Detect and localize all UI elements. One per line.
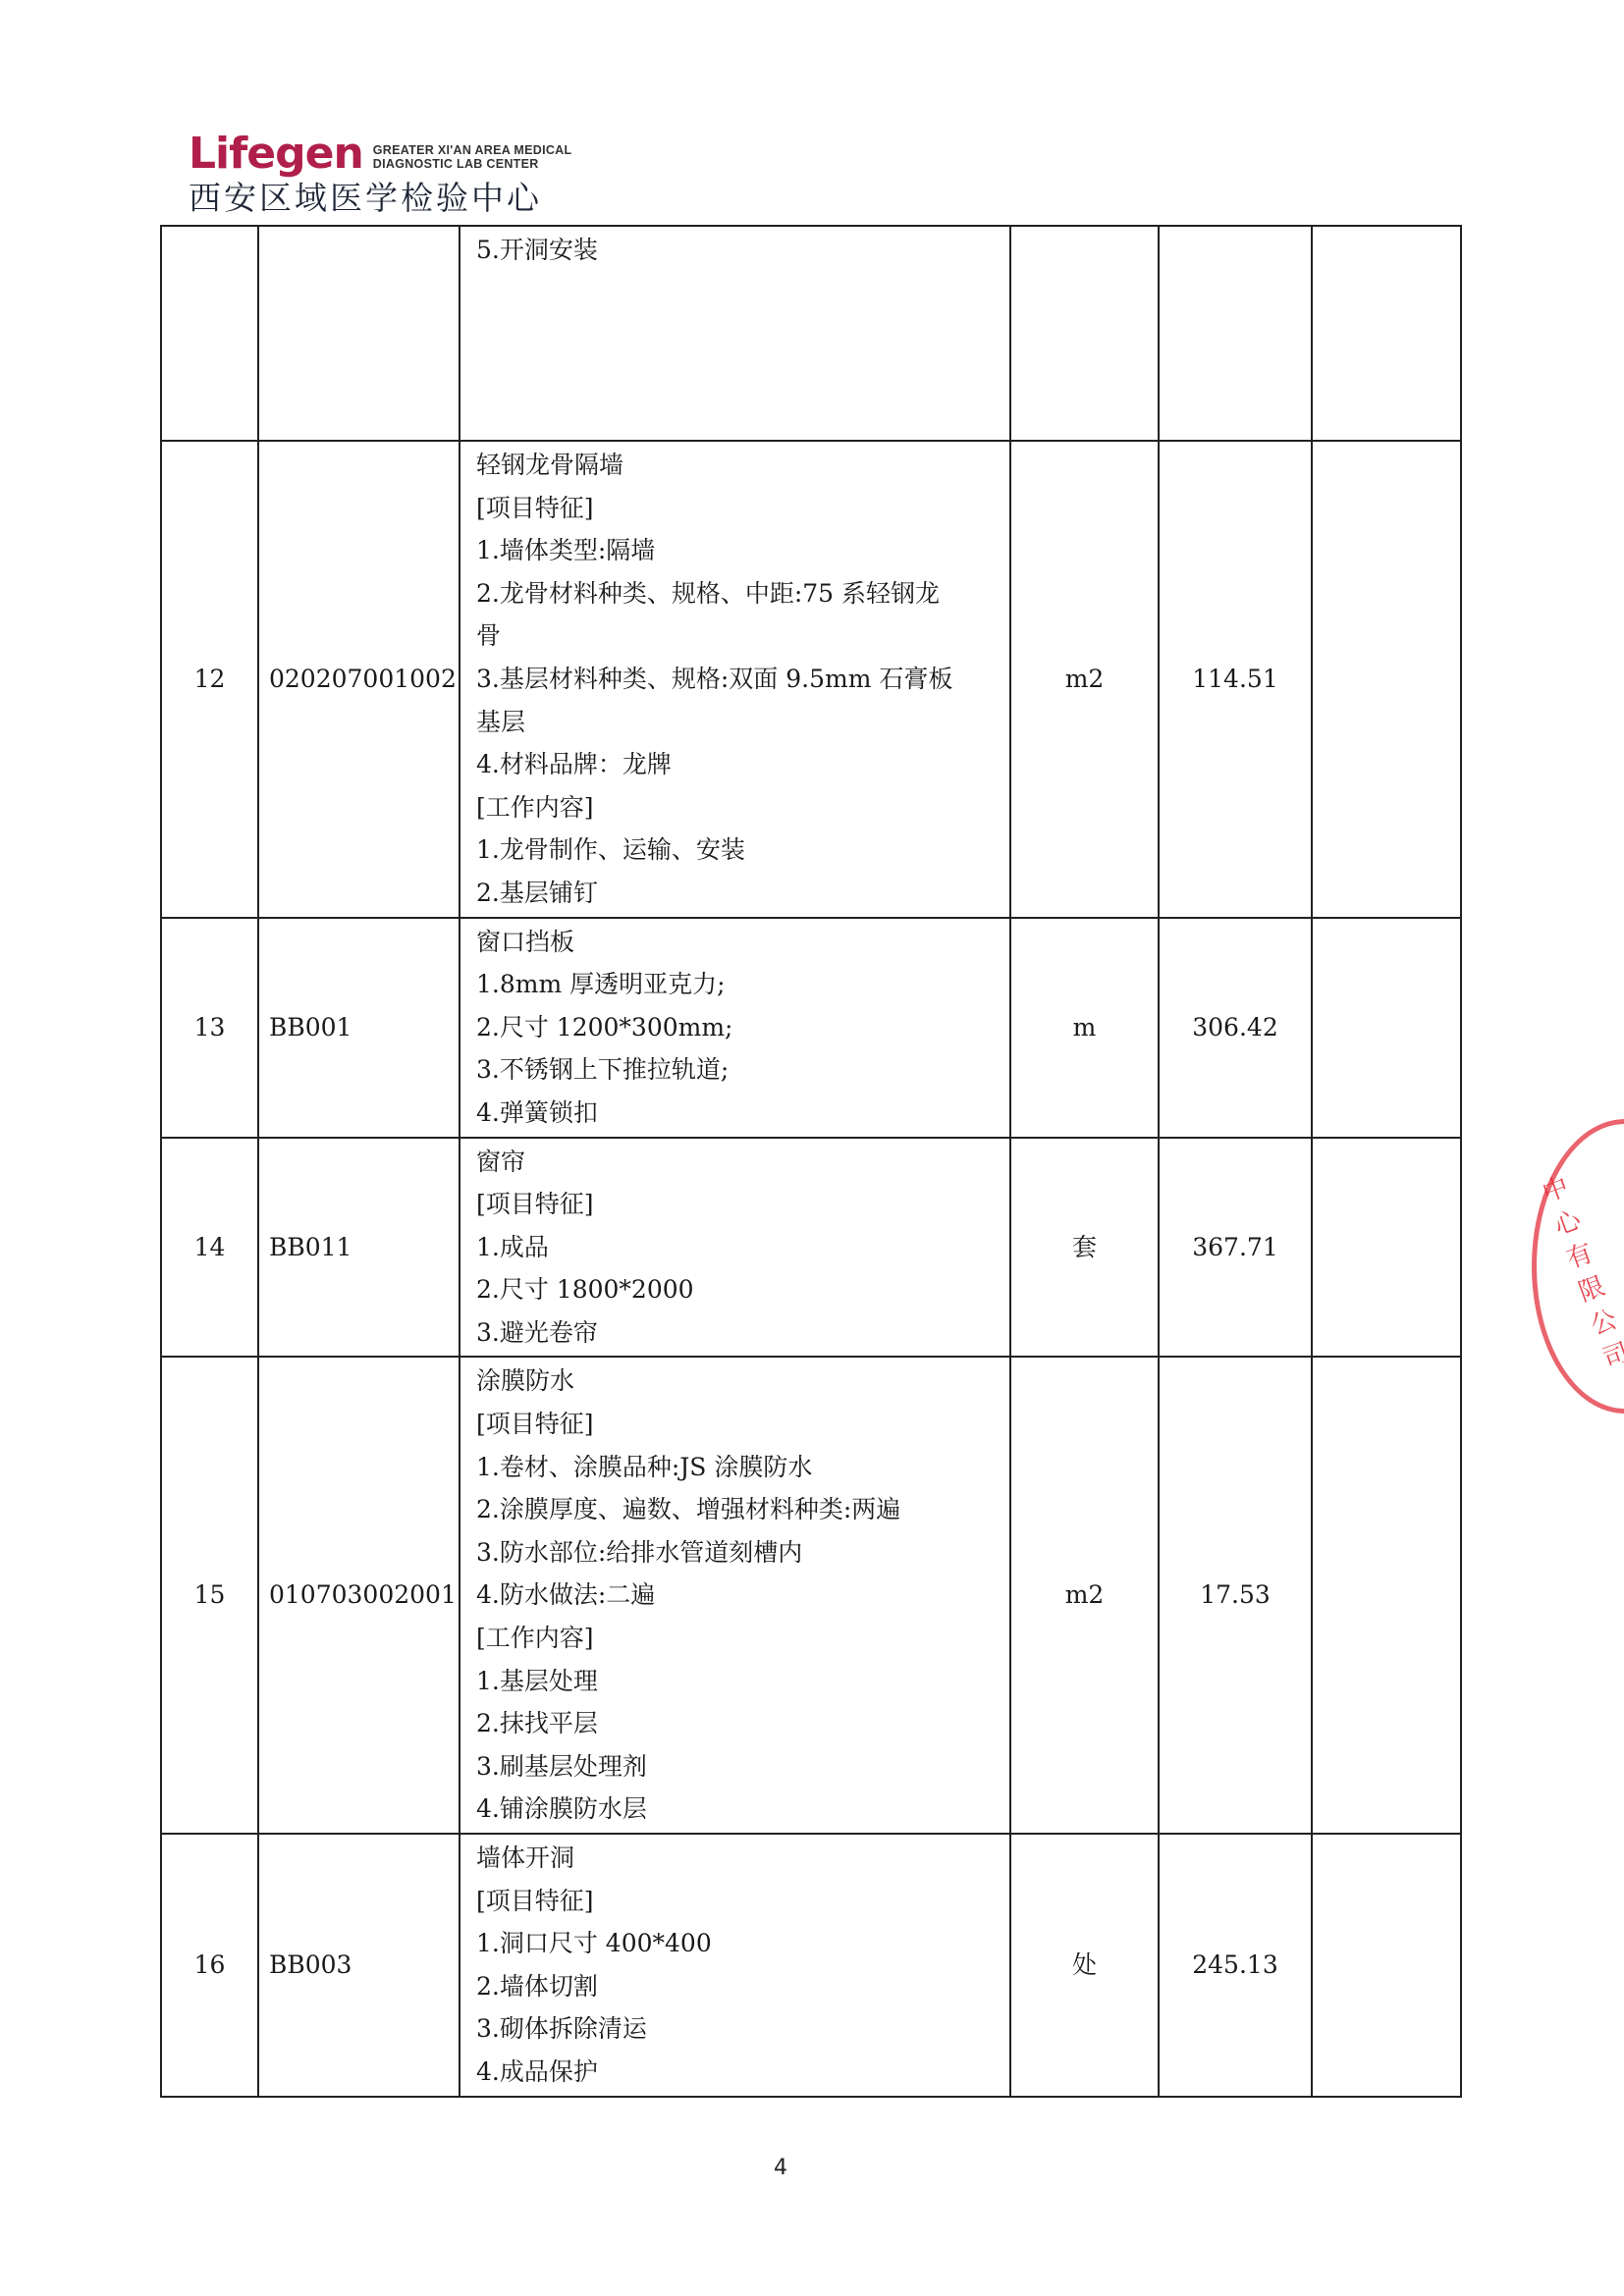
description-line: 3.基层材料种类、规格:双面 9.5mm 石膏板 (476, 658, 1000, 701)
unit-cell: m2 (1010, 1357, 1159, 1834)
description-line: 2.墙体切割 (476, 1965, 1000, 2008)
item-number-cell: 16 (161, 1834, 258, 2097)
description-line: 涂膜防水 (476, 1360, 1000, 1403)
description-line: 3.砌体拆除清运 (476, 2007, 1000, 2051)
blank-cell (1312, 1834, 1461, 2097)
description-line: [项目特征] (476, 487, 1000, 530)
item-number-cell: 14 (161, 1138, 258, 1358)
table-row: 14BB011窗帘[项目特征]1.成品2.尺寸 1800*20003.避光卷帘套… (161, 1138, 1461, 1358)
blank-cell (1312, 226, 1461, 441)
blank-cell (1312, 918, 1461, 1138)
description-line: 4.材料品牌：龙牌 (476, 743, 1000, 786)
item-description-cell: 墙体开洞[项目特征]1.洞口尺寸 400*4002.墙体切割3.砌体拆除清运4.… (460, 1834, 1010, 2097)
logo-subtitle-line2: DIAGNOSTIC LAB CENTER (373, 157, 572, 171)
description-line: 5.开洞安装 (476, 229, 1000, 272)
description-line: 4.防水做法:二遍 (476, 1574, 1000, 1617)
table-row: 5.开洞安装 (161, 226, 1461, 441)
logo: Lifegen GREATER XI'AN AREA MEDICAL DIAGN… (189, 132, 571, 177)
item-code-cell: 020207001002 (258, 441, 460, 918)
item-code-cell: BB001 (258, 918, 460, 1138)
item-description-cell: 5.开洞安装 (460, 226, 1010, 441)
unit-cell: 套 (1010, 1138, 1159, 1358)
description-line: 2.涂膜厚度、遍数、增强材料种类:两遍 (476, 1488, 1000, 1531)
item-description-cell: 涂膜防水[项目特征]1.卷材、涂膜品种:JS 涂膜防水2.涂膜厚度、遍数、增强材… (460, 1357, 1010, 1834)
description-line: 3.刷基层处理剂 (476, 1745, 1000, 1789)
letterhead: Lifegen GREATER XI'AN AREA MEDICAL DIAGN… (189, 132, 571, 218)
description-line: 3.防水部位:给排水管道刻槽内 (476, 1531, 1000, 1575)
item-code-cell: 010703002001 (258, 1357, 460, 1834)
quantity-cell: 17.53 (1159, 1357, 1312, 1834)
description-line: 3.不锈钢上下推拉轨道; (476, 1048, 1000, 1092)
logo-wordmark: Lifegen (189, 132, 363, 177)
unit-cell: m2 (1010, 441, 1159, 918)
blank-cell (1312, 1357, 1461, 1834)
unit-cell: 处 (1010, 1834, 1159, 2097)
unit-cell: m (1010, 918, 1159, 1138)
description-line: 窗口挡板 (476, 921, 1000, 964)
logo-subtitle: GREATER XI'AN AREA MEDICAL DIAGNOSTIC LA… (373, 143, 572, 171)
table-row: 13BB001窗口挡板1.8mm 厚透明亚克力;2.尺寸 1200*300mm;… (161, 918, 1461, 1138)
description-line: 1.龙骨制作、运输、安装 (476, 828, 1000, 872)
unit-cell (1010, 226, 1159, 441)
page-number: 4 (774, 2156, 787, 2180)
description-line: 1.基层处理 (476, 1660, 1000, 1703)
blank-cell (1312, 1138, 1461, 1358)
item-description-cell: 轻钢龙骨隔墙[项目特征]1.墙体类型:隔墙2.龙骨材料种类、规格、中距:75 系… (460, 441, 1010, 918)
description-line: [工作内容] (476, 786, 1000, 829)
description-line: 2.尺寸 1800*2000 (476, 1268, 1000, 1311)
description-line: [项目特征] (476, 1880, 1000, 1923)
logo-subtitle-line1: GREATER XI'AN AREA MEDICAL (373, 143, 572, 157)
item-number-cell: 15 (161, 1357, 258, 1834)
description-line: 2.基层铺钉 (476, 872, 1000, 915)
description-line: 2.龙骨材料种类、规格、中距:75 系轻钢龙 (476, 572, 1000, 615)
description-line: 基层 (476, 701, 1000, 744)
blank-cell (1312, 441, 1461, 918)
description-line: 2.抹找平层 (476, 1702, 1000, 1745)
quantity-cell: 114.51 (1159, 441, 1312, 918)
quantity-cell: 367.71 (1159, 1138, 1312, 1358)
description-line: 1.卷材、涂膜品种:JS 涂膜防水 (476, 1446, 1000, 1489)
bill-of-quantities-table: 5.开洞安装12020207001002轻钢龙骨隔墙[项目特征]1.墙体类型:隔… (160, 225, 1462, 2098)
table-row: 15010703002001涂膜防水[项目特征]1.卷材、涂膜品种:JS 涂膜防… (161, 1357, 1461, 1834)
description-line: [项目特征] (476, 1403, 1000, 1446)
table-row: 16BB003墙体开洞[项目特征]1.洞口尺寸 400*4002.墙体切割3.砌… (161, 1834, 1461, 2097)
description-line: 3.避光卷帘 (476, 1311, 1000, 1355)
quantity-cell: 306.42 (1159, 918, 1312, 1138)
item-number-cell: 13 (161, 918, 258, 1138)
description-line: 1.成品 (476, 1226, 1000, 1269)
item-code-cell (258, 226, 460, 441)
item-description-cell: 窗口挡板1.8mm 厚透明亚克力;2.尺寸 1200*300mm;3.不锈钢上下… (460, 918, 1010, 1138)
item-code-cell: BB003 (258, 1834, 460, 2097)
org-name-chinese: 西安区域医学检验中心 (189, 179, 571, 218)
description-line: 2.尺寸 1200*300mm; (476, 1006, 1000, 1049)
quantity-cell (1159, 226, 1312, 441)
description-line: [工作内容] (476, 1617, 1000, 1660)
item-description-cell: 窗帘[项目特征]1.成品2.尺寸 1800*20003.避光卷帘 (460, 1138, 1010, 1358)
item-number-cell: 12 (161, 441, 258, 918)
description-line: 1.墙体类型:隔墙 (476, 529, 1000, 572)
table-body: 5.开洞安装12020207001002轻钢龙骨隔墙[项目特征]1.墙体类型:隔… (161, 226, 1461, 2097)
description-line: 4.铺涂膜防水层 (476, 1788, 1000, 1831)
description-line: 轻钢龙骨隔墙 (476, 444, 1000, 487)
table-row: 12020207001002轻钢龙骨隔墙[项目特征]1.墙体类型:隔墙2.龙骨材… (161, 441, 1461, 918)
item-code-cell: BB011 (258, 1138, 460, 1358)
description-line: 1.洞口尺寸 400*400 (476, 1922, 1000, 1965)
description-line: 4.成品保护 (476, 2051, 1000, 2094)
description-line: 4.弹簧锁扣 (476, 1092, 1000, 1135)
description-line: 1.8mm 厚透明亚克力; (476, 963, 1000, 1006)
quantity-cell: 245.13 (1159, 1834, 1312, 2097)
description-line: 骨 (476, 614, 1000, 658)
description-line: [项目特征] (476, 1183, 1000, 1226)
description-line: 墙体开洞 (476, 1837, 1000, 1880)
description-line: 窗帘 (476, 1141, 1000, 1184)
item-number-cell (161, 226, 258, 441)
